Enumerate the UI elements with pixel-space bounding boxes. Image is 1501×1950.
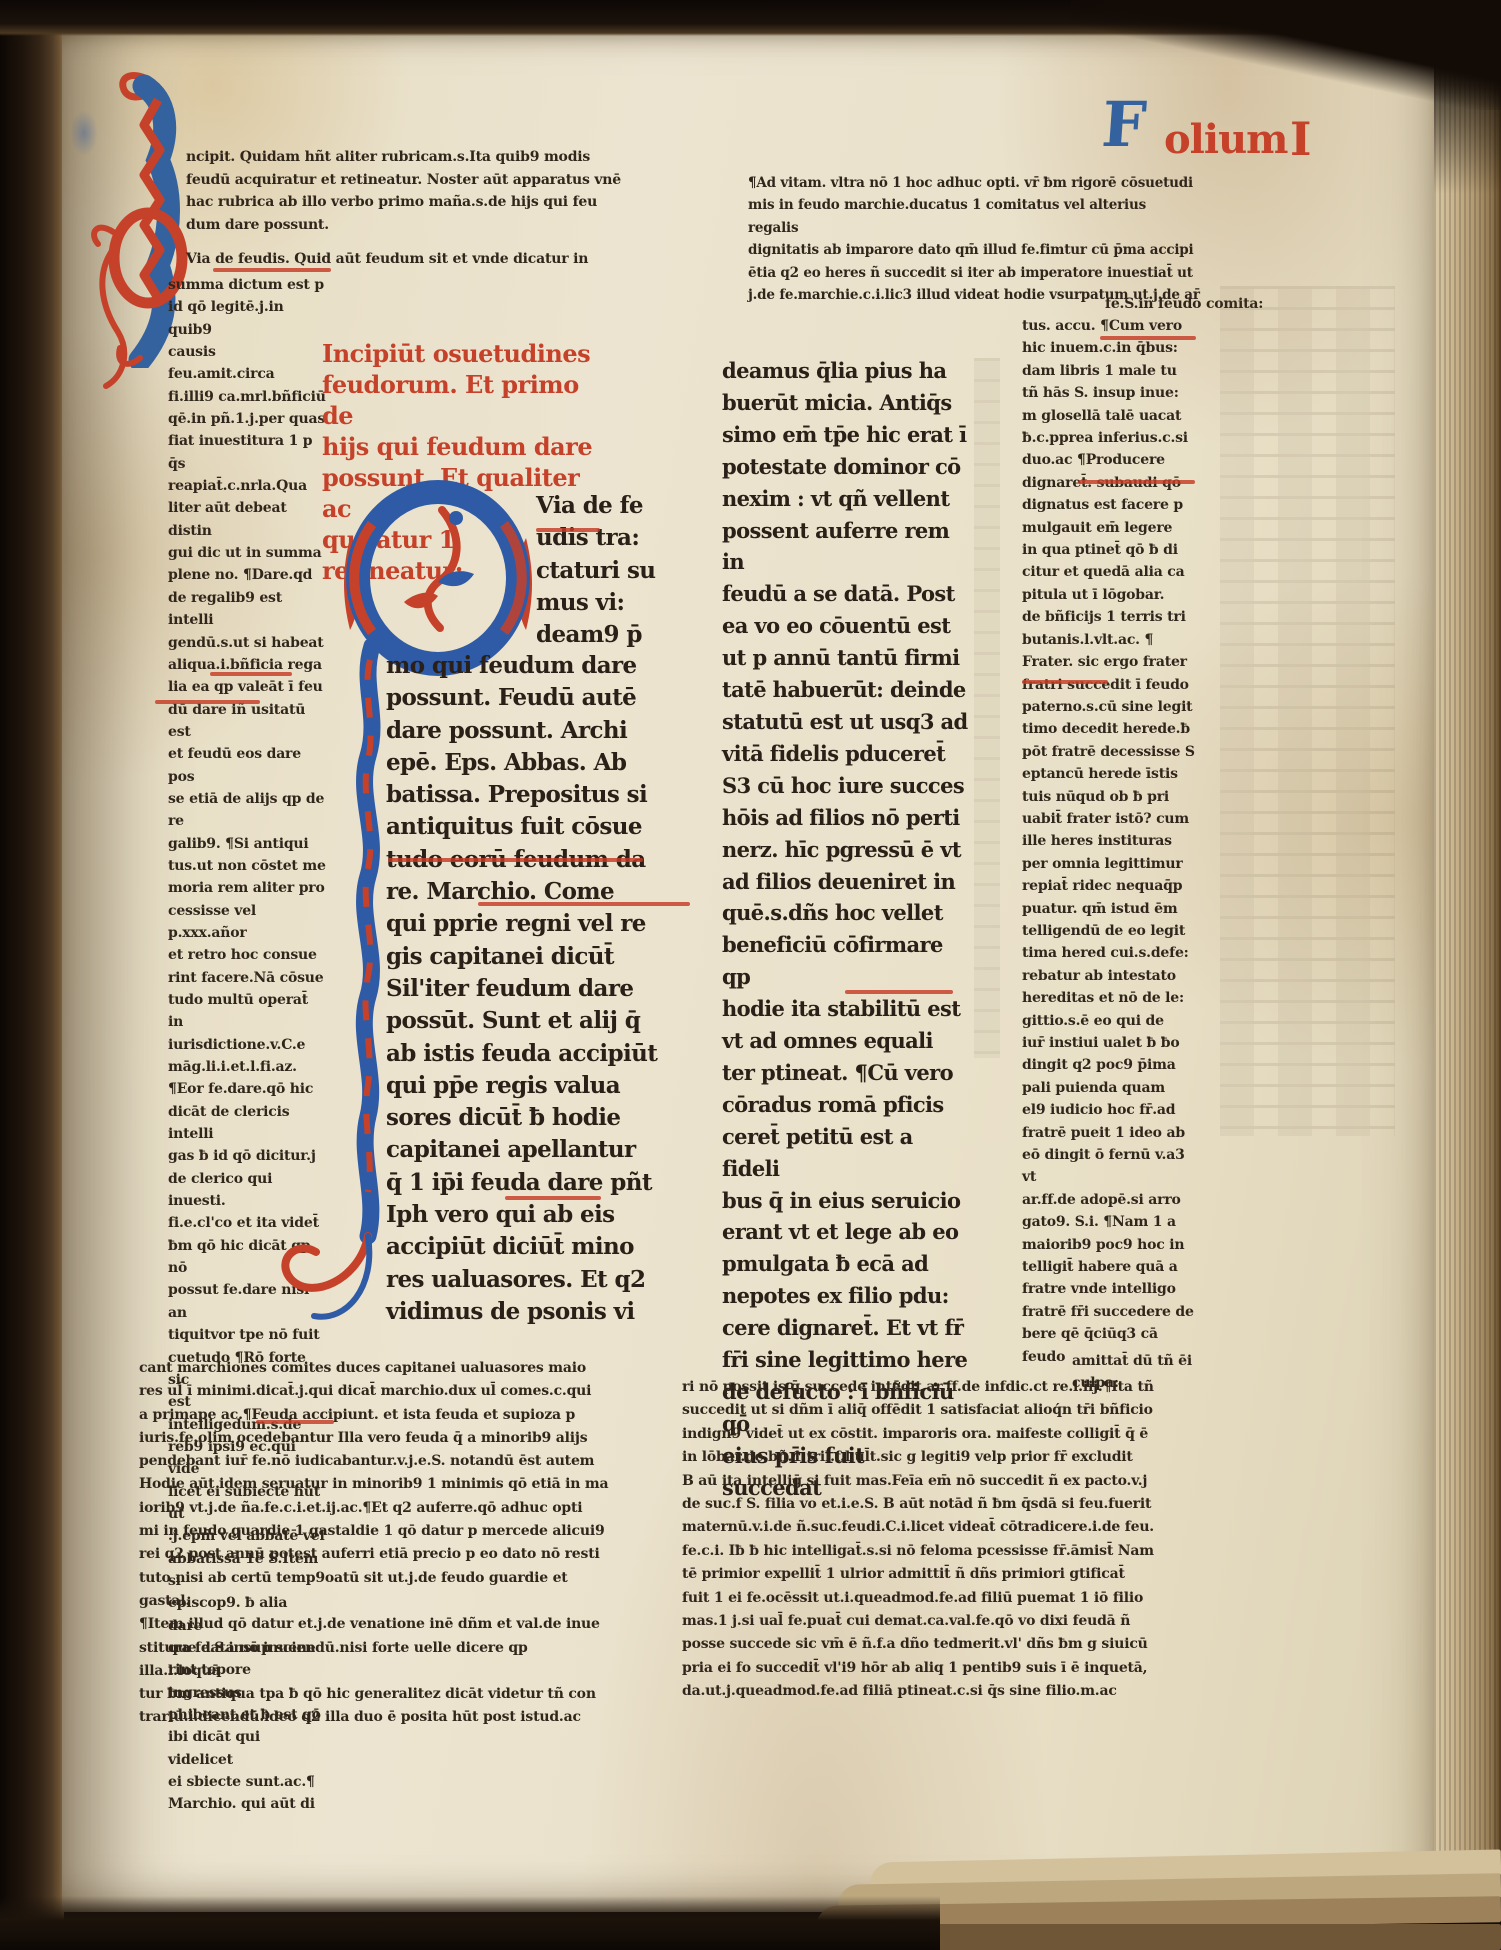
folio-number: I <box>1290 116 1312 162</box>
rubrication-underline <box>213 268 331 272</box>
top-left-gloss: ncipit. Quidam hñt aliter rubricam.s.Ita… <box>186 146 626 237</box>
top-right-gloss: ¶Ad vitam. vltra nō 1 hoc adhuc opti. vr… <box>748 172 1200 306</box>
book-spine-edge <box>0 0 64 1950</box>
rubrication-underline <box>155 700 260 704</box>
rubrication-underline <box>1078 480 1195 484</box>
bottom-left-gloss: cant marchiones comites duces capitanei … <box>139 1357 609 1730</box>
verso-showthrough <box>1220 286 1395 1136</box>
rubrication-underline <box>256 1420 334 1424</box>
rubrication-underline <box>505 1196 601 1200</box>
rubrication-underline <box>845 990 953 994</box>
fore-edge-pages <box>1434 44 1501 1868</box>
left-intro-line: Via de feudis. Quid aūt feudum sit et vn… <box>186 248 632 270</box>
main-col2: deamus q̄lia pius ha buerūt micia. Antiq… <box>722 355 968 1504</box>
page: F olium · I ncipit. Quidam hñt aliter ru… <box>62 28 1434 1912</box>
folio-header: F olium · I <box>1102 98 1342 178</box>
bottom-shadow <box>0 1896 940 1950</box>
folio-word: olium <box>1164 120 1287 160</box>
rubrication-underline <box>388 858 643 862</box>
main-col1-side-lines: Via de fe udis tra: ctaturi su mus vi: d… <box>536 490 706 651</box>
ink-smudge <box>70 110 98 156</box>
folio-separator: · <box>1274 120 1288 160</box>
rubrication-underline <box>536 528 600 532</box>
initial-descender-flourish-icon <box>254 640 404 1370</box>
rubrication-underline <box>478 902 690 906</box>
bottom-right-gloss: ri nō possit is q̄ succede intēdit.ar.ff… <box>682 1376 1198 1704</box>
right-gloss-column: tus. accu. ¶Cum vero hic inuem.c.in q̄bu… <box>1022 315 1200 1368</box>
rubrication-underline <box>210 672 292 676</box>
verso-showthrough <box>974 358 1000 1058</box>
book-photo: F olium · I ncipit. Quidam hñt aliter ru… <box>0 0 1501 1950</box>
top-right-cover-corner <box>1071 0 1501 110</box>
rubrication-underline <box>1100 336 1196 340</box>
rubrication-underline <box>1022 680 1108 684</box>
main-col1: mo qui feudum dare possunt. Feudū autē d… <box>386 650 698 1328</box>
